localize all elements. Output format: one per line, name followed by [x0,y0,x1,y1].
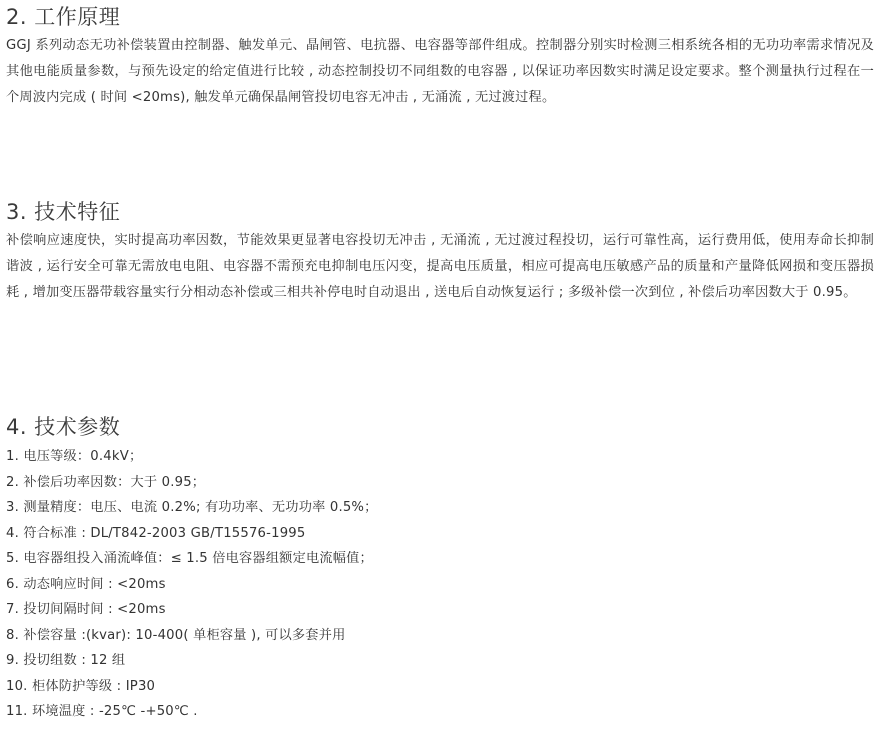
parameter-item: 9. 投切组数 : 12 组 [6,648,874,674]
section-heading: 4. 技术参数 [6,414,874,440]
section-heading: 2. 工作原理 [6,4,874,30]
parameter-item: 5. 电容器组投入涌流峰值：≤ 1.5 倍电容器组额定电流幅值； [6,546,874,572]
parameter-item: 3. 测量精度：电压、电流 0.2%; 有功功率、无功功率 0.5%； [6,495,874,521]
parameter-item: 10. 柜体防护等级 : IP30 [6,674,874,700]
parameter-item: 7. 投切间隔时间 : <20ms [6,597,874,623]
parameter-item: 4. 符合标准 : DL/T842-2003 GB/T15576-1995 [6,521,874,547]
parameter-item: 6. 动态响应时间 : <20ms [6,572,874,598]
section-heading: 3. 技术特征 [6,199,874,225]
parameter-list: 1. 电压等级：0.4kV； 2. 补偿后功率因数：大于 0.95； 3. 测量… [6,444,874,725]
parameter-item: 8. 补偿容量 :(kvar): 10-400( 单柜容量 ), 可以多套并用 [6,623,874,649]
section-technical-parameters: 4. 技术参数 1. 电压等级：0.4kV； 2. 补偿后功率因数：大于 0.9… [6,414,874,725]
section-technical-features: 3. 技术特征 补偿响应速度快，实时提高功率因数，节能效果更显著电容投切无冲击 … [6,199,874,306]
parameter-item: 2. 补偿后功率因数：大于 0.95； [6,470,874,496]
parameter-item: 11. 环境温度 : -25℃ -+50℃ . [6,699,874,725]
section-working-principle: 2. 工作原理 GGJ 系列动态无功补偿装置由控制器、触发单元、晶闸管、电抗器、… [6,4,874,111]
section-paragraph: GGJ 系列动态无功补偿装置由控制器、触发单元、晶闸管、电抗器、电容器等部件组成… [6,33,874,111]
parameter-item: 1. 电压等级：0.4kV； [6,444,874,470]
section-paragraph: 补偿响应速度快，实时提高功率因数，节能效果更显著电容投切无冲击 , 无涌流 , … [6,228,874,306]
